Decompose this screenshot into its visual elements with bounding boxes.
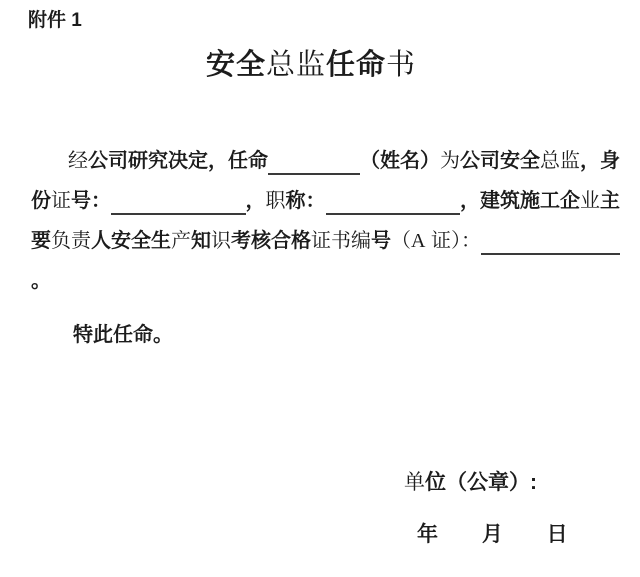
text-run: 任命 [326, 49, 386, 81]
text-run: 知 [191, 221, 211, 261]
text-run: 书 [386, 49, 416, 81]
fill-in-blank [326, 213, 461, 215]
text-run: 单 [404, 468, 425, 498]
text-run: 总监 [540, 141, 580, 181]
seal-line: 单位（公章）: [404, 468, 537, 498]
text-run: 人安全生 [91, 221, 171, 261]
text-run: 称： [286, 181, 326, 221]
text-run: ，建筑施工企 [460, 181, 580, 221]
text-run: 经 [68, 141, 88, 181]
paragraph-line-3: 要负责人安全生产知识考核合格证书编号（A 证）： [31, 221, 620, 261]
text-run: 产 [171, 221, 191, 261]
text-run: 份 [31, 181, 51, 221]
paragraph-line-4: 。 [31, 261, 620, 301]
text-run: ，身 [580, 141, 620, 181]
fill-in-blank [481, 253, 620, 255]
text-run: 考核合格 [231, 221, 311, 261]
paragraph-line-1: 经公司研究决定，任命（姓名）为公司安全总监，身 [31, 141, 620, 181]
text-run: 总监 [266, 49, 326, 81]
text-run: 为 [440, 141, 460, 181]
text-run: 号： [71, 181, 111, 221]
text-run: ， [246, 181, 266, 221]
fill-in-blank [111, 213, 246, 215]
text-run: 证 [51, 181, 71, 221]
closing-line: 特此任命。 [31, 315, 620, 355]
text-run: 证书编 [311, 221, 371, 261]
paragraph-line-2: 份证号：，职称：，建筑施工企业主 [31, 181, 620, 221]
date-line: 年 月 日 [417, 520, 568, 550]
text-run: 要 [31, 221, 51, 261]
text-run: 主 [600, 181, 620, 221]
fill-in-blank [268, 173, 360, 175]
text-run: （姓名） [360, 141, 440, 181]
text-run: 公司安全 [460, 141, 540, 181]
document-title: 安全总监任命书 [0, 47, 631, 83]
text-run: 业 [580, 181, 600, 221]
text-run: 识 [211, 221, 231, 261]
text-run: 职 [266, 181, 286, 221]
text-run: 位（公章）: [425, 468, 537, 498]
attachment-label: 附件 1 [28, 9, 82, 33]
text-run: 公司研究决定，任命 [88, 141, 268, 181]
text-run: 。 [31, 261, 51, 301]
text-run: A [411, 221, 425, 261]
text-run: （ [391, 221, 411, 261]
text-run: 安全 [206, 49, 266, 81]
text-run: 证）： [425, 221, 481, 261]
text-run: 号 [371, 221, 391, 261]
body-paragraph: 经公司研究决定，任命（姓名）为公司安全总监，身 份证号：，职称：，建筑施工企业主… [31, 141, 620, 355]
text-run: 负责 [51, 221, 91, 261]
